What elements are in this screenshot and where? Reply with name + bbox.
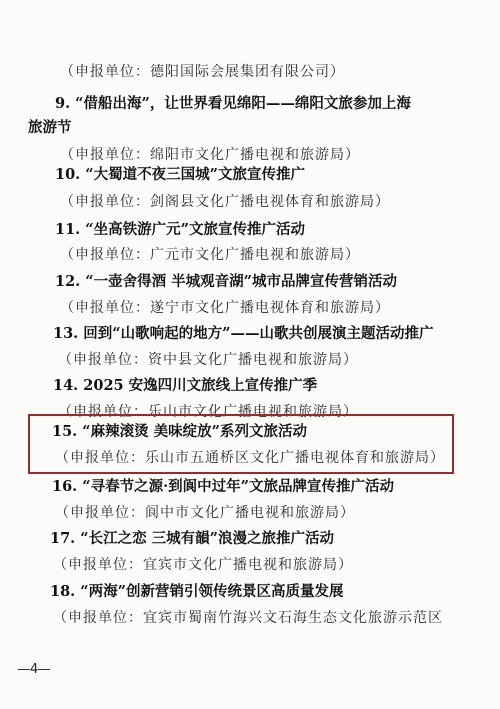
item-title-18: 18. “两海”创新营销引领传统景区高质量发展 bbox=[50, 582, 343, 602]
unit-line-16: （申报单位：阆中市文化广播电视和旅游局） bbox=[55, 503, 355, 523]
item-title-11: 11. “坐高铁游广元”文旅宣传推广活动 bbox=[55, 220, 305, 240]
page-number-text: 4 bbox=[30, 662, 38, 677]
item-title-10: 10. “大蜀道不夜三国城”文旅宣传推广 bbox=[55, 165, 305, 185]
item-title-17: 17. “长江之恋 三城有韻”浪漫之旅推广活动 bbox=[50, 529, 334, 549]
item-title-12: 12. “一壶舍得酒 半城观音湖”城市品牌宣传营销活动 bbox=[55, 272, 397, 292]
unit-line-13: （申报单位：资中县文化广播电视和旅游局） bbox=[58, 350, 358, 370]
item-title-13: 13. 回到“山歌响起的地方”——山歌共创展演主题活动推广 bbox=[53, 324, 433, 344]
unit-line-18: （申报单位：宜宾市蜀南竹海兴文石海生态文化旅游示范区 bbox=[53, 608, 443, 628]
unit-line-10: （申报单位：剑阁县文化广播电视体育和旅游局） bbox=[60, 192, 390, 212]
item-title-9-cont: 旅游节 bbox=[28, 118, 72, 138]
unit-line-12: （申报单位：遂宁市文化广播电视体育和旅游局） bbox=[60, 298, 390, 318]
item-title-16: 16. “寻春节之源·到阆中过年”文旅品牌宣传推广活动 bbox=[52, 477, 394, 497]
unit-line-17: （申报单位：宜宾市文化广播电视和旅游局） bbox=[53, 555, 353, 575]
unit-line-15: （申报单位：乐山市五通桥区文化广播电视体育和旅游局） bbox=[55, 448, 445, 468]
unit-line-11: （申报单位：广元市文化广播电视和旅游局） bbox=[60, 245, 360, 265]
unit-line-8: （申报单位：德阳国际会展集团有限公司） bbox=[60, 62, 345, 82]
item-title-14: 14. 2025 安逸四川文旅线上宣传推广季 bbox=[53, 376, 317, 396]
page-number: 4 bbox=[18, 662, 50, 677]
item-title-9: 9. “借船出海”，让世界看见绵阳——绵阳文旅参加上海 bbox=[55, 94, 411, 114]
item-title-15: 15. “麻辣滚烫 美味绽放”系列文旅活动 bbox=[52, 422, 307, 442]
unit-line-9: （申报单位：绵阳市文化广播电视和旅游局） bbox=[60, 145, 360, 165]
